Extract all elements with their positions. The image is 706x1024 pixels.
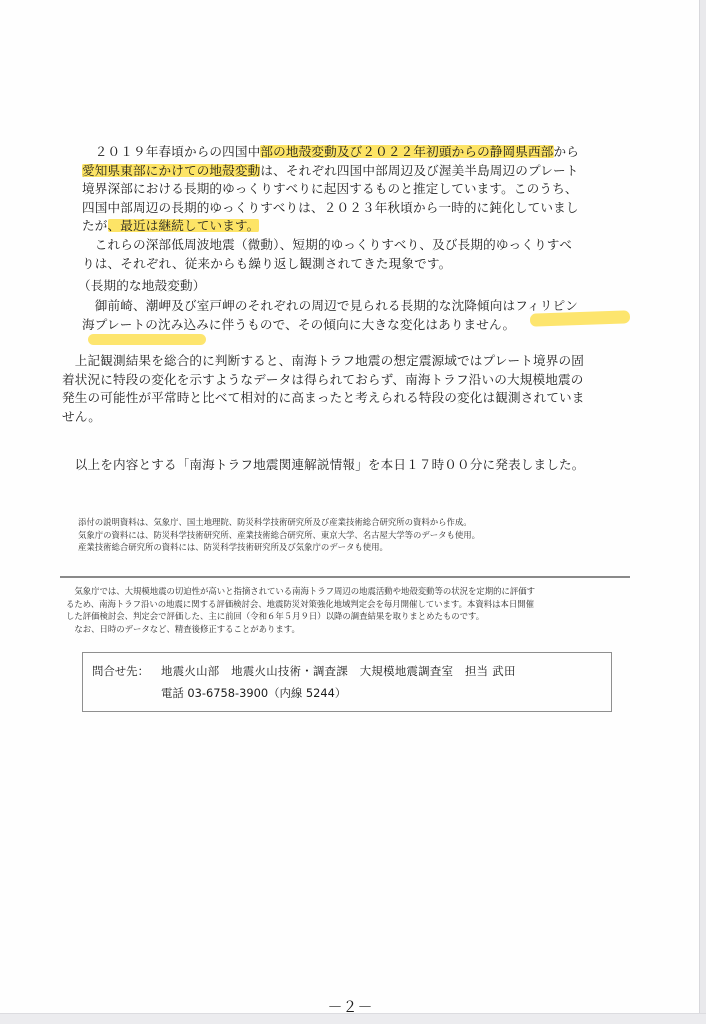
text-line: ２０１９年春頃からの四国中部の地殻変動及び２０２２年初頭からの静岡県西部から bbox=[82, 143, 622, 162]
text-line: 四国中部周辺の長期的ゆっくりすべりは、２０２３年秋頃から一時的に鈍化していまし bbox=[82, 199, 622, 218]
text-line: 上記観測結果を総合的に判断すると、南海トラフ地震の想定震源域ではプレート境界の固 bbox=[62, 352, 632, 371]
text-line: たが、最近は継続しています。 bbox=[82, 217, 622, 236]
announcement: 以上を内容とする「南海トラフ地震関連解説情報」を本日１７時００分に発表しました。 bbox=[62, 456, 632, 475]
divider bbox=[60, 576, 630, 578]
text-line: 愛知県東部にかけての地殻変動は、それぞれ四国中部周辺及び渥美半島周辺のプレート bbox=[82, 162, 622, 181]
viewer-bottom-edge bbox=[0, 1013, 706, 1024]
paragraph-phenomena: これらの深部低周波地震（微動）、短期的ゆっくりすべり、及び長期的ゆっくりすべ り… bbox=[82, 236, 622, 273]
text-line: 発生の可能性が平常時と比べて相対的に高まったと考えられる特段の変化は観測されてい… bbox=[62, 389, 632, 408]
text-line: せん。 bbox=[62, 408, 632, 427]
section-heading: （長期的な地殻変動） bbox=[78, 277, 618, 296]
text-line: 御前崎、潮岬及び室戸岬のそれぞれの周辺で見られる長期的な沈降傾向はフィリピン bbox=[82, 297, 622, 316]
text-line: 海プレートの沈み込みに伴うもので、その傾向に大きな変化はありません。 bbox=[82, 316, 622, 335]
text-line: 着状況に特段の変化を示すようなデータは得られておらず、南海トラフ沿いの大規模地震… bbox=[62, 371, 632, 390]
contact-label: 問合せ先： bbox=[92, 663, 149, 679]
paragraph-slow-slip: ２０１９年春頃からの四国中部の地殻変動及び２０２２年初頭からの静岡県西部から 愛… bbox=[82, 143, 622, 236]
paragraph-conclusion: 上記観測結果を総合的に判断すると、南海トラフ地震の想定震源域ではプレート境界の固… bbox=[62, 352, 632, 426]
document-page: ２０１９年春頃からの四国中部の地殻変動及び２０２２年初頭からの静岡県西部から 愛… bbox=[0, 0, 700, 1014]
text-line: りは、それぞれ、従来からも繰り返し観測されてきた現象です。 bbox=[82, 255, 622, 274]
text-line: 境界深部における長期的ゆっくりすべりに起因するものと推定しています。このうち、 bbox=[82, 180, 622, 199]
viewer-right-edge bbox=[699, 0, 706, 1024]
highlight-marker-stroke bbox=[88, 334, 206, 345]
highlighted-text: 部の地殻変動及び２０２２年初頭からの静岡県西部 bbox=[260, 144, 553, 159]
paragraph-long-term: 御前崎、潮岬及び室戸岬のそれぞれの周辺で見られる長期的な沈降傾向はフィリピン 海… bbox=[82, 297, 622, 334]
text-line: るため、南海トラフ沿いの地震に関する評価検討会、地震防災対策強化地域判定会を毎月… bbox=[66, 598, 535, 611]
text-line: した評価検討会、判定会で評価した、主に前回（令和６年５月９日）以降の調査結果を取… bbox=[66, 610, 535, 623]
text-line: 添付の説明資料は、気象庁、国土地理院、防災科学技術研究所及び産業技術総合研究所の… bbox=[78, 516, 480, 529]
highlighted-text: 、最近は継続しています。 bbox=[108, 218, 260, 233]
text-line: 産業技術総合研究所の資料には、防災科学技術研究所及び気象庁のデータも使用。 bbox=[78, 541, 480, 554]
sources-note: 添付の説明資料は、気象庁、国土地理院、防災科学技術研究所及び産業技術総合研究所の… bbox=[78, 516, 480, 554]
text-line: なお、日時のデータなど、精査後修正することがあります。 bbox=[66, 623, 535, 636]
footer-note: 気象庁では、大規模地震の切迫性が高いと指摘されている南海トラフ周辺の地震活動や地… bbox=[66, 585, 535, 635]
text-line: 気象庁では、大規模地震の切迫性が高いと指摘されている南海トラフ周辺の地震活動や地… bbox=[66, 585, 535, 598]
contact-phone: 電話 03-6758-3900（内線 5244） bbox=[161, 685, 346, 701]
contact-department: 地震火山部 地震火山技術・調査課 大規模地震調査室 担当 武田 bbox=[161, 663, 516, 679]
contact-box: 問合せ先： 地震火山部 地震火山技術・調査課 大規模地震調査室 担当 武田 電話… bbox=[82, 652, 612, 712]
highlighted-text: 愛知県東部にかけての地殻変動 bbox=[82, 163, 260, 178]
text-line: これらの深部低周波地震（微動）、短期的ゆっくりすべり、及び長期的ゆっくりすべ bbox=[82, 236, 622, 255]
text-line: 気象庁の資料には、防災科学技術研究所、産業技術総合研究所、東京大学、名古屋大学等… bbox=[78, 529, 480, 542]
